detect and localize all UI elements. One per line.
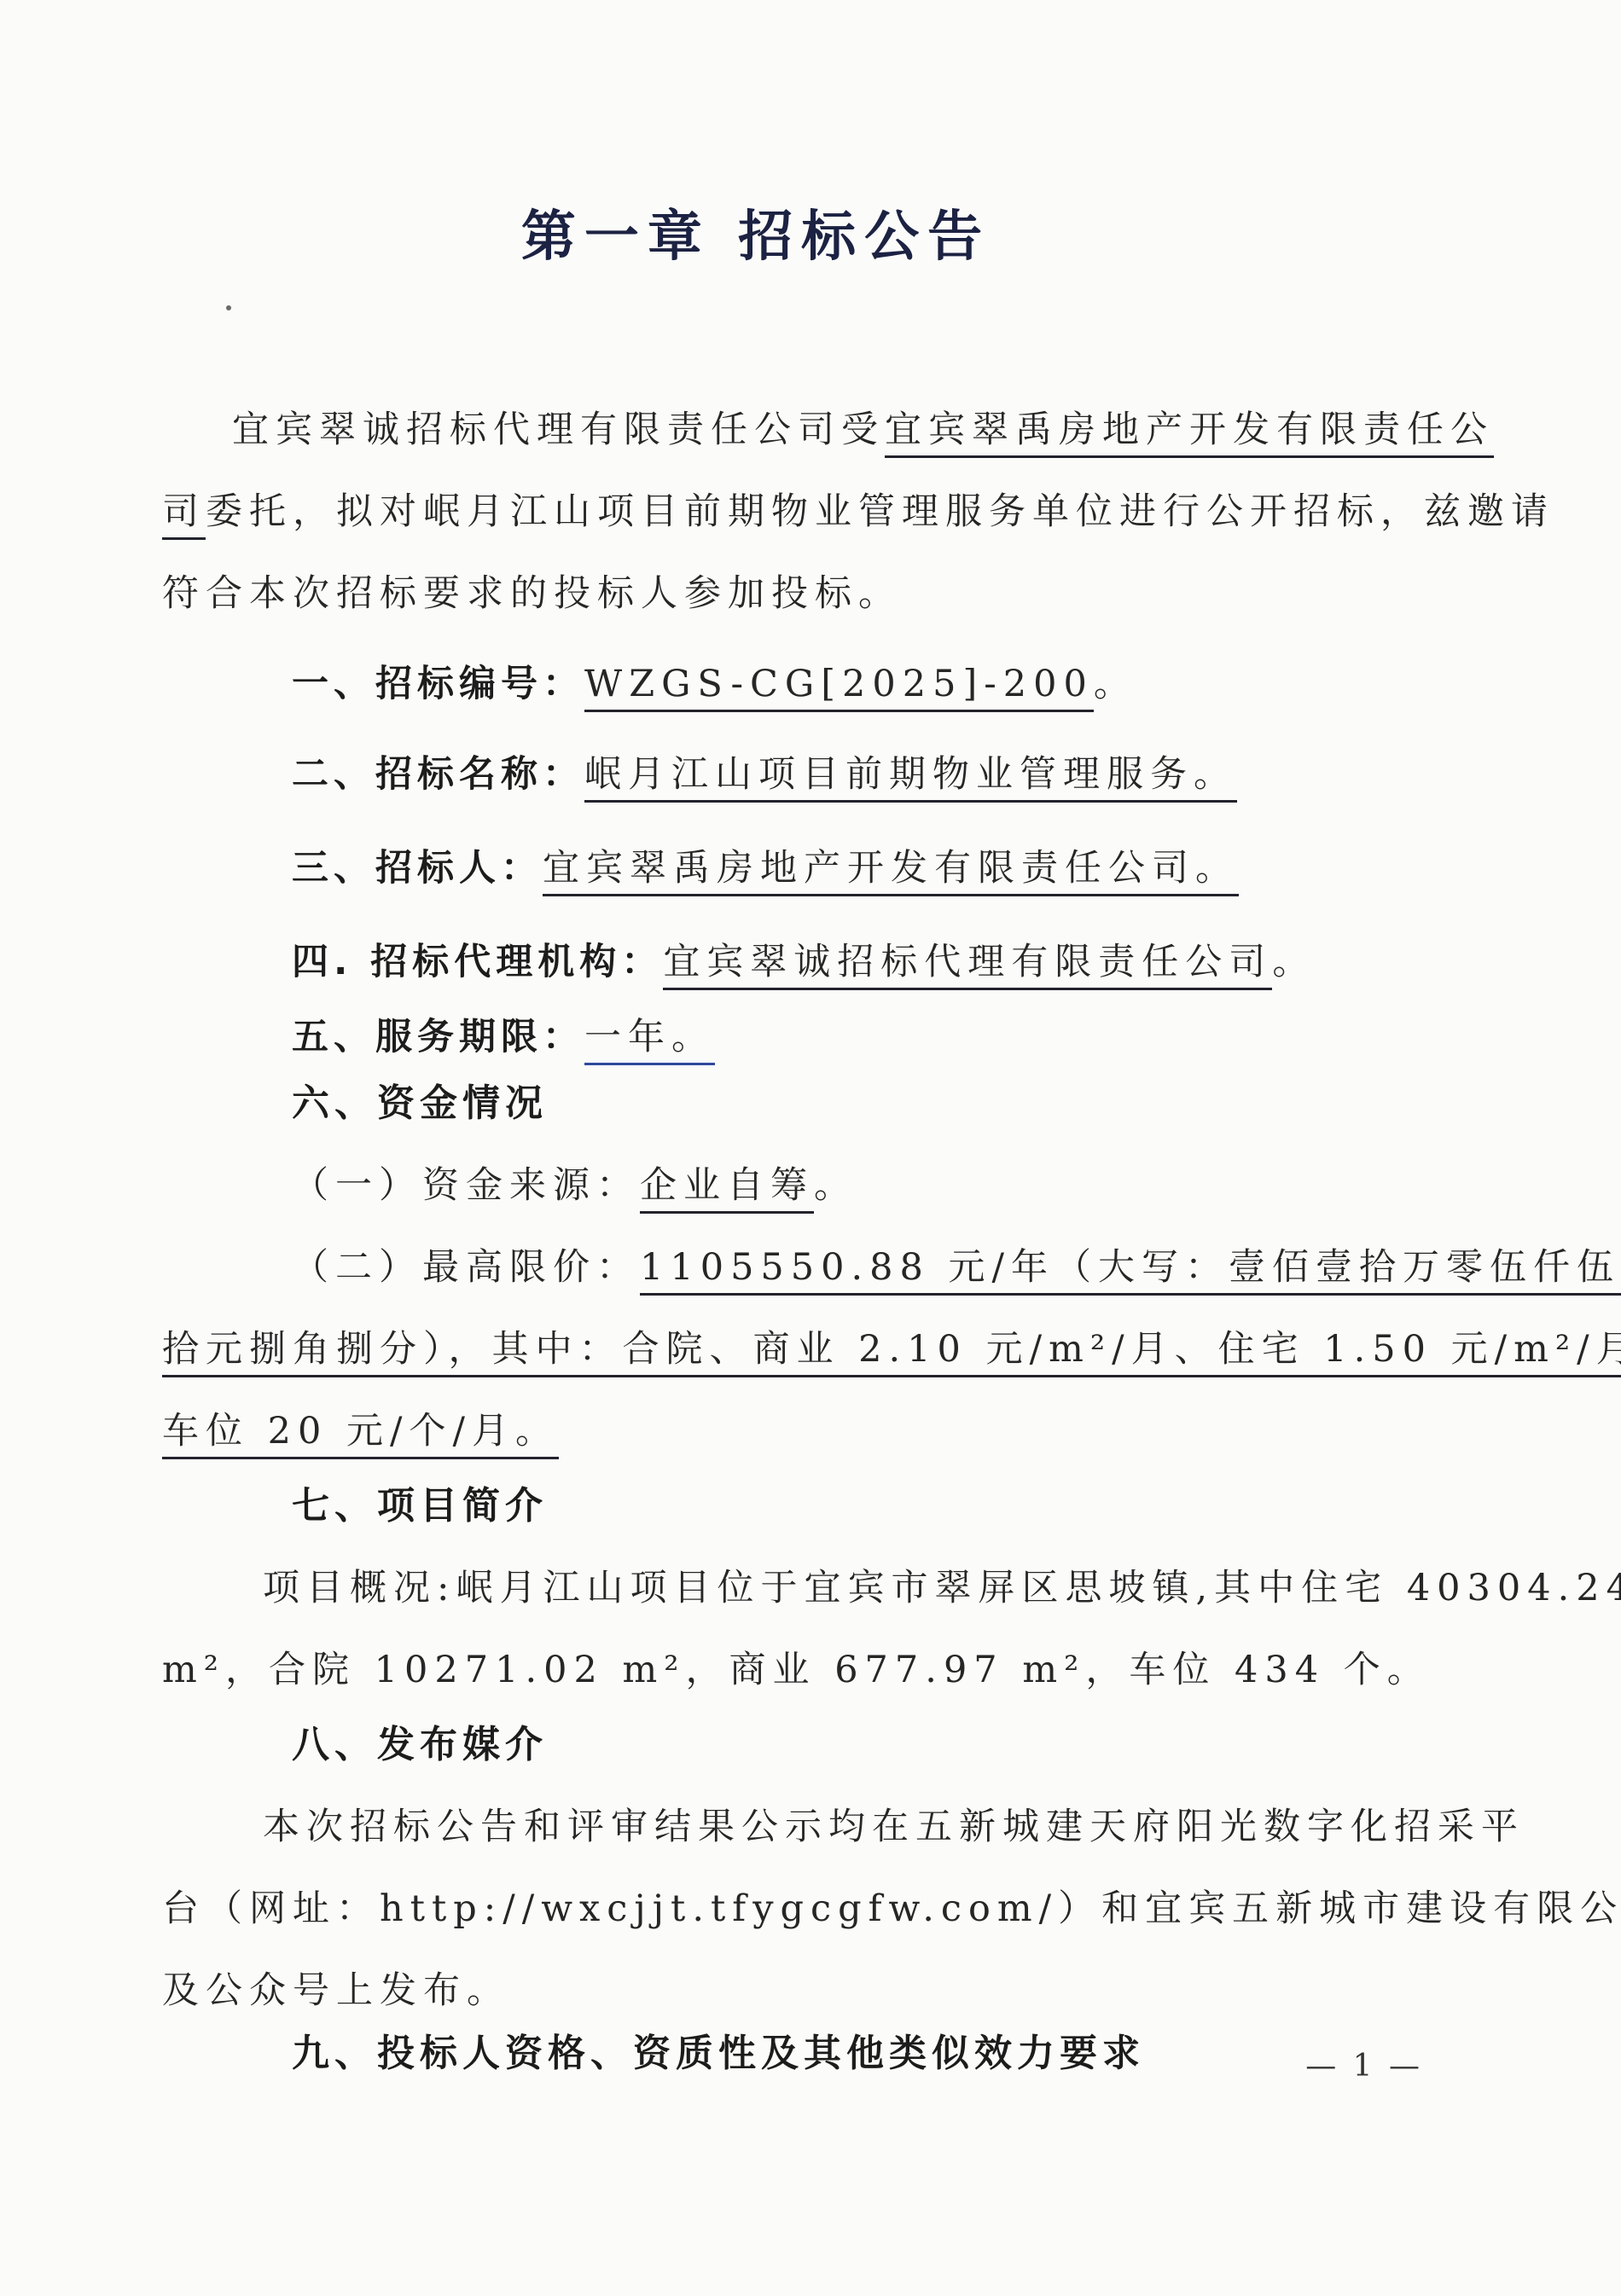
agency-label: 四. 招标代理机构： [292, 941, 663, 983]
section-project-heading: 七、项目简介 [162, 1465, 1502, 1547]
price-cap-line-1: （二）最高限价：1105550.88 元/年（大写：壹佰壹拾万零伍仟伍佰伍 [162, 1226, 1502, 1308]
tender-name-value: 岷月江山项目前期物业管理服务。 [584, 753, 1237, 803]
price-cap-parking-underlined: 车位 20 元/个/月。 [162, 1410, 559, 1459]
service-term-label: 五、服务期限： [292, 1016, 584, 1058]
tenderee-label: 三、招标人： [292, 847, 543, 890]
media-line-2: 台（网址：http://wxcjjt.tfygcgfw.com/）和宜宾五新城市… [162, 1868, 1502, 1950]
tender-number-tail: 。 [1094, 663, 1137, 705]
funding-source-value: 企业自筹 [640, 1164, 814, 1214]
agency-item: 四. 招标代理机构：宜宾翠诚招标代理有限责任公司。 [162, 921, 1502, 1003]
price-cap-label: （二）最高限价： [292, 1246, 640, 1289]
scanned-document-page: 第一章 招标公告 宜宾翠诚招标代理有限责任公司受宜宾翠禹房地产开发有限责任公 司… [0, 0, 1621, 2296]
intro-line-1: 宜宾翠诚招标代理有限责任公司受宜宾翠禹房地产开发有限责任公 [162, 389, 1502, 471]
intro-text: 宜宾翠诚招标代理有限责任公司受 [232, 409, 885, 451]
agency-tail: 。 [1272, 941, 1316, 983]
intro-text-cont: 委托，拟对岷月江山项目前期物业管理服务单位进行公开招标，兹邀请 [206, 490, 1554, 533]
price-cap-line-3: 车位 20 元/个/月。 [162, 1390, 1502, 1472]
tender-number-value: WZGS-CG[2025]-200 [584, 663, 1094, 712]
scan-speck-dot [226, 305, 231, 310]
tender-name-item: 二、招标名称：岷月江山项目前期物业管理服务。 [162, 733, 1502, 815]
page-number: — 1 — [1305, 2045, 1423, 2088]
section-funding-heading: 六、资金情况 [162, 1063, 1502, 1145]
document-body: 宜宾翠诚招标代理有限责任公司受宜宾翠禹房地产开发有限责任公 司委托，拟对岷月江山… [162, 389, 1502, 2095]
media-line-1: 本次招标公告和评审结果公示均在五新城建天府阳光数字化招采平 [162, 1786, 1502, 1868]
tender-number-label: 一、招标编号： [292, 663, 584, 705]
tenderee-item: 三、招标人：宜宾翠禹房地产开发有限责任公司。 [162, 827, 1502, 909]
intro-line-2: 司委托，拟对岷月江山项目前期物业管理服务单位进行公开招标，兹邀请 [162, 471, 1502, 553]
funding-source-label: （一）资金来源： [292, 1164, 640, 1207]
funding-source-line: （一）资金来源：企业自筹。 [162, 1145, 1502, 1226]
project-overview-line-2: m²，合院 10271.02 m²，商业 677.97 m²，车位 434 个。 [162, 1629, 1502, 1711]
tender-number-item: 一、招标编号：WZGS-CG[2025]-200。 [162, 643, 1502, 725]
tender-name-label: 二、招标名称： [292, 753, 584, 796]
section-media-heading: 八、发布媒介 [162, 1704, 1502, 1786]
intro-line-3: 符合本次招标要求的投标人参加投标。 [162, 553, 1502, 635]
price-cap-detail-underlined: 拾元捌角捌分），其中：合院、商业 2.10 元/m²/月、住宅 1.50 元/m… [162, 1328, 1621, 1377]
price-cap-amount-underlined: 1105550.88 元/年（大写：壹佰壹拾万零伍仟伍佰伍 [640, 1246, 1621, 1296]
funding-source-tail: 。 [814, 1164, 857, 1207]
intro-text-end: 符合本次招标要求的投标人参加投标。 [162, 572, 902, 615]
service-term-value: 一年。 [584, 1016, 715, 1065]
chapter-title: 第一章 招标公告 [0, 0, 1566, 271]
developer-name-underlined: 宜宾翠禹房地产开发有限责任公 [885, 409, 1494, 458]
price-cap-line-2: 拾元捌角捌分），其中：合院、商业 2.10 元/m²/月、住宅 1.50 元/m… [162, 1308, 1502, 1390]
agency-value: 宜宾翠诚招标代理有限责任公司 [663, 941, 1272, 990]
section-qualification-heading: 九、投标人资格、资质性及其他类似效力要求 [162, 2013, 1502, 2095]
developer-name-underlined-cont: 司 [162, 490, 206, 540]
tenderee-value: 宜宾翠禹房地产开发有限责任公司。 [543, 847, 1239, 896]
project-overview-line-1: 项目概况:岷月江山项目位于宜宾市翠屏区思坡镇,其中住宅 40304.24 [162, 1547, 1502, 1629]
